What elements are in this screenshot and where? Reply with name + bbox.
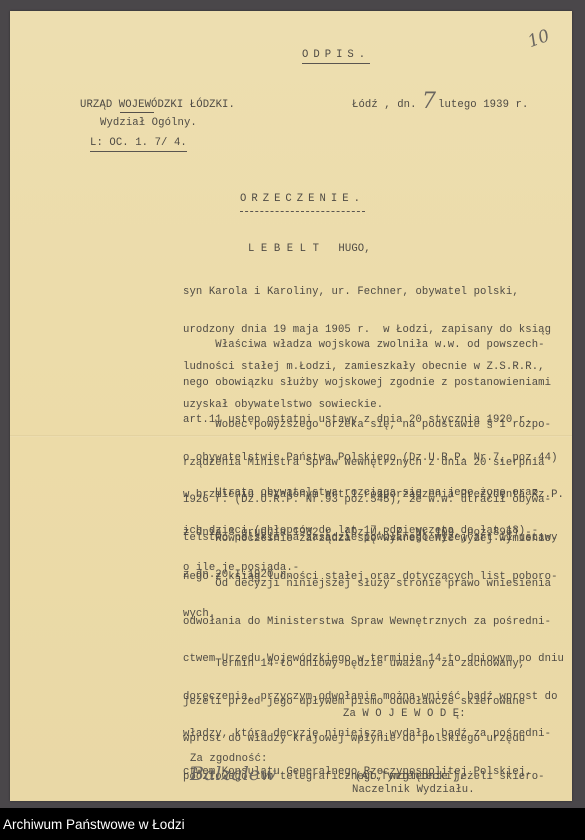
for-voivode: Za W O J E W O D Ę:: [343, 708, 466, 721]
paragraph-line: Równocześnie zarządza się wykreślenie wy…: [183, 533, 558, 546]
paragraph-line: Utrata obywatelstwa rozciąga się na jego…: [183, 487, 538, 500]
paragraph-line: wprost do władzy krajowej wpłynie do pol…: [183, 733, 545, 746]
archive-name: Archiwum Państwowe w Łodzi: [3, 817, 185, 832]
signer-name: (Al.Tymieniecki).: [355, 771, 465, 784]
signature-handwritten: Balzalew: [190, 763, 276, 785]
department-name: Wydział Ogólny.: [100, 117, 197, 130]
archive-footer: Archiwum Państwowe w Łodzi: [0, 808, 585, 840]
paragraph-line: odwołania do Ministerstwa Spraw Wewnętrz…: [183, 616, 564, 629]
paragraph-line: jeżeli przed jego upływem pismo odwoławc…: [183, 696, 545, 709]
signer-title: Naczelnik Wydziału.: [352, 784, 475, 797]
subject-name: L E B E L T HUGO,: [248, 243, 371, 256]
document-page: 10 ODPIS. URZĄD WOJEWÓDZKI ŁÓDZKI. Wydzi…: [10, 11, 572, 801]
page-number-handwritten: 10: [525, 26, 552, 52]
paragraph-line: Wobec powyższego orzeka się, na podstawi…: [183, 419, 558, 432]
document-title: ORZECZENIE.: [240, 193, 365, 212]
paragraph-line: Od decyzji niniejszej służy stronie praw…: [183, 578, 564, 591]
paragraph-line: nego obowiązku służby wojskowej zgodnie …: [183, 377, 564, 390]
paragraph-line: Termin 14-to dniowy będzie uważany za za…: [183, 658, 545, 671]
copy-label: ODPIS.: [302, 49, 370, 64]
place-date-prefix: Łódź , dn.: [352, 99, 417, 112]
paragraph-line: syn Karola i Karoliny, ur. Fechner, obyw…: [183, 286, 551, 299]
divider: [120, 112, 154, 113]
date-rest: lutego 1939 r.: [438, 99, 528, 112]
office-name: URZĄD WOJEWÓDZKI ŁÓDZKI.: [80, 99, 235, 112]
date-day-handwritten: 7: [422, 89, 436, 114]
paragraph-line: Właściwa władza wojskowa zwolniła w.w. o…: [183, 339, 564, 352]
reference-number: L: OC. 1. 7/ 4.: [90, 137, 187, 152]
